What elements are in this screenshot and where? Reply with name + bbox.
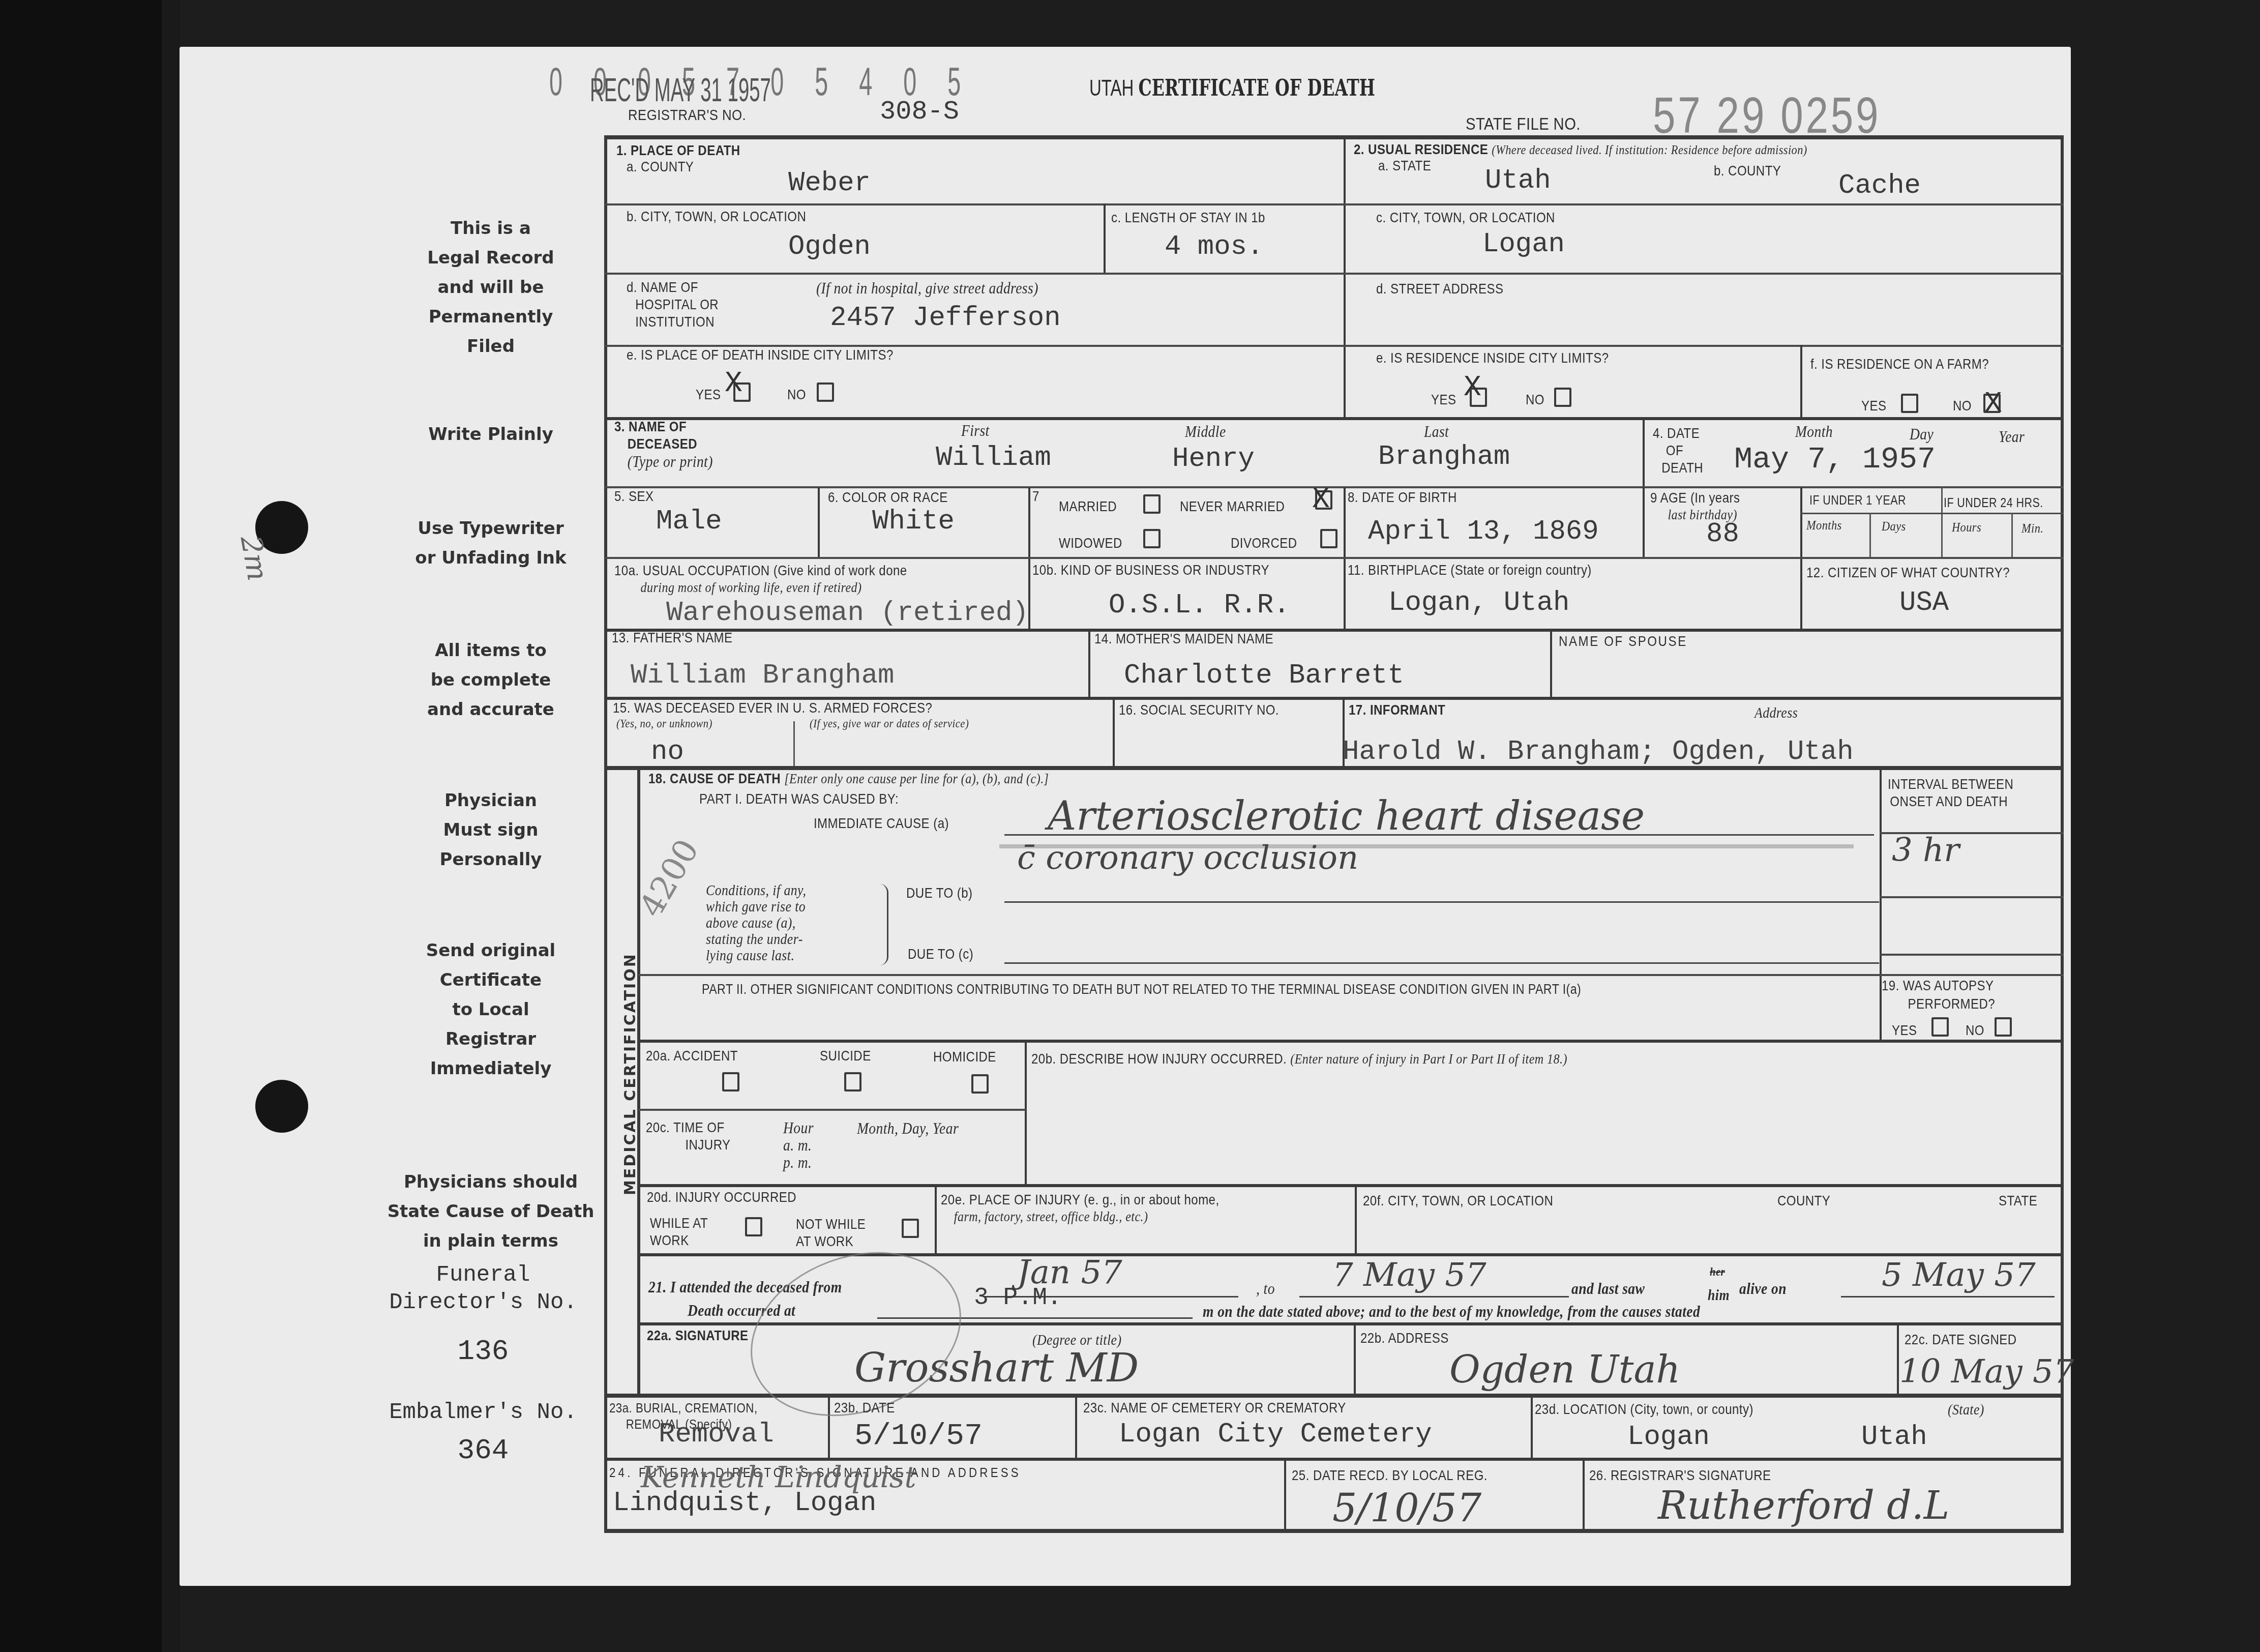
homicide-checkbox[interactable] bbox=[971, 1074, 989, 1094]
informant: Harold W. Brangham; Ogden, Utah bbox=[1343, 736, 1854, 768]
divider bbox=[1104, 203, 1106, 274]
burial-date: 5/10/57 bbox=[854, 1419, 983, 1454]
mother-name-label: 14. MOTHER'S MAIDEN NAME bbox=[1094, 631, 1273, 647]
divider bbox=[1869, 513, 1871, 558]
burial-location-label: 23d. LOCATION (City, town, or county) bbox=[1535, 1401, 1753, 1418]
residence-inside-city-no-checkbox[interactable] bbox=[1554, 388, 1571, 407]
due-to-c-line bbox=[1004, 962, 1879, 964]
no-label: NO bbox=[1526, 392, 1544, 408]
last-saw-label: and last saw bbox=[1571, 1279, 1645, 1298]
no-label: NO bbox=[1966, 1022, 1984, 1039]
homicide-label: HOMICIDE bbox=[933, 1049, 996, 1065]
while-at-work-label: WHILE ATWORK bbox=[650, 1215, 708, 1249]
divider bbox=[1897, 1323, 1899, 1395]
divider bbox=[1800, 345, 1802, 419]
cemetery-label: 23c. NAME OF CEMETERY OR CREMATORY bbox=[1083, 1400, 1346, 1416]
year-label: Year bbox=[1999, 427, 2025, 446]
date-of-birth-label: 8. DATE OF BIRTH bbox=[1348, 489, 1457, 506]
divider bbox=[605, 203, 2064, 205]
divider bbox=[638, 1040, 2064, 1043]
yes-label: YES bbox=[1861, 398, 1886, 414]
sidebar-note-physician-sign: PhysicianMust signPersonally bbox=[384, 786, 598, 874]
divider bbox=[605, 557, 2064, 559]
divider bbox=[1088, 630, 1090, 698]
disposition: Removal bbox=[659, 1419, 774, 1450]
deceased-middle-name: Henry bbox=[1172, 444, 1255, 475]
medical-certification-label: MEDICAL CERTIFICATION bbox=[621, 953, 639, 1195]
widowed-label: WIDOWED bbox=[1059, 535, 1122, 551]
place-of-death-city: Ogden bbox=[788, 231, 871, 262]
registrar-no: 308-S bbox=[880, 97, 959, 127]
divider bbox=[605, 273, 2064, 275]
hospital-hint: (If not in hospital, give street address… bbox=[816, 279, 1038, 298]
county-label: a. COUNTY bbox=[627, 159, 694, 175]
industry: O.S.L. R.R. bbox=[1109, 590, 1290, 621]
divider bbox=[1800, 513, 2064, 514]
last-saw-line bbox=[1841, 1296, 2055, 1297]
due-to-b-label: DUE TO (b) bbox=[906, 885, 973, 901]
under-24-hrs-label: IF UNDER 24 HRS. bbox=[1944, 496, 2043, 511]
autopsy-label: 19. WAS AUTOPSYPERFORMED? bbox=[1882, 977, 1995, 1013]
date-of-birth: April 13, 1869 bbox=[1368, 516, 1599, 547]
month-day-year-label: Month, Day, Year bbox=[857, 1119, 959, 1138]
birthplace: Logan, Utah bbox=[1388, 587, 1569, 618]
sex-label: 5. SEX bbox=[614, 488, 654, 505]
death-time: 3 P.M. bbox=[974, 1284, 1062, 1312]
married-checkbox[interactable] bbox=[1143, 494, 1161, 514]
birthplace-label: 11. BIRTHPLACE (State or foreign country… bbox=[1348, 562, 1592, 578]
residence-city: Logan bbox=[1482, 229, 1565, 260]
not-while-at-work-label: NOT WHILEAT WORK bbox=[796, 1216, 866, 1250]
yes-label: YES bbox=[1892, 1022, 1917, 1039]
divider bbox=[1113, 698, 1115, 767]
place-of-injury-label: 20e. PLACE OF INJURY (e. g., in or about… bbox=[941, 1191, 1220, 1226]
funeral-director: Lindquist, Logan bbox=[613, 1488, 876, 1519]
divider bbox=[793, 721, 795, 767]
embalmer-no: 364 bbox=[376, 1437, 590, 1464]
yes-label: YES bbox=[1431, 392, 1456, 408]
month-label: Month bbox=[1795, 422, 1833, 441]
armed-forces-hint-1: (Yes, no, or unknown) bbox=[616, 717, 712, 731]
widowed-checkbox[interactable] bbox=[1143, 529, 1161, 548]
registrar-no-label: REGISTRAR'S NO. bbox=[628, 107, 746, 124]
bracket bbox=[880, 884, 888, 965]
day-label: Day bbox=[1910, 425, 1934, 444]
never-married-label: NEVER MARRIED bbox=[1180, 498, 1285, 515]
place-of-death-county: Weber bbox=[788, 168, 871, 199]
deceased-race: White bbox=[872, 506, 955, 537]
occupation-label: 10a. USUAL OCCUPATION (Give kind of work… bbox=[614, 562, 907, 597]
divider bbox=[605, 486, 2064, 488]
due-to-c-label: DUE TO (c) bbox=[908, 946, 973, 962]
age: 88 bbox=[1706, 519, 1739, 550]
date-signed: 10 May 57 bbox=[1899, 1353, 2074, 1391]
interval: 3 hr bbox=[1892, 832, 1959, 869]
due-to-b-line bbox=[1004, 901, 1879, 903]
residence-city-label: c. CITY, TOWN, OR LOCATION bbox=[1376, 210, 1555, 226]
him-label: him bbox=[1708, 1287, 1730, 1304]
no-label: NO bbox=[787, 387, 806, 403]
death-occurred-suffix: m on the date stated above; and to the b… bbox=[1203, 1302, 1700, 1321]
scan-background-left bbox=[0, 0, 168, 1652]
divider bbox=[1344, 136, 1346, 419]
place-of-death-label: 1. PLACE OF DEATH bbox=[616, 142, 740, 159]
immediate-cause-label: IMMEDIATE CAUSE (a) bbox=[814, 815, 949, 832]
state-file-no-label: STATE FILE NO. bbox=[1466, 114, 1581, 134]
sidebar-note-complete: All items tobe completeand accurate bbox=[384, 636, 598, 724]
check-mark-icon: X bbox=[1312, 483, 1330, 516]
deceased-name-label: 3. NAME OFDECEASED(Type or print) bbox=[614, 418, 713, 470]
occupation: Warehouseman (retired) bbox=[666, 598, 1029, 629]
divider bbox=[1583, 1459, 1585, 1531]
sidebar-note-legal-record: This is aLegal Recordand will bePermanen… bbox=[384, 214, 598, 361]
check-mark-icon: X bbox=[1464, 371, 1481, 404]
describe-injury-label: 20b. DESCRIBE HOW INJURY OCCURRED. (Ente… bbox=[1031, 1051, 1567, 1068]
suicide-checkbox[interactable] bbox=[844, 1072, 861, 1091]
residence-state: Utah bbox=[1485, 165, 1551, 196]
usual-residence-label: 2. USUAL RESIDENCE (Where deceased lived… bbox=[1354, 141, 1807, 158]
industry-label: 10b. KIND OF BUSINESS OR INDUSTRY bbox=[1032, 562, 1269, 578]
father-name-label: 13. FATHER'S NAME bbox=[612, 630, 733, 646]
alive-on-label: alive on bbox=[1739, 1279, 1787, 1298]
divider bbox=[1355, 1185, 1357, 1254]
check-mark-icon: X bbox=[1984, 388, 2002, 421]
funeral-director-no: 136 bbox=[376, 1338, 590, 1365]
funeral-director-no-label: FuneralDirector's No. bbox=[376, 1261, 590, 1316]
burial-location-city: Logan bbox=[1627, 1422, 1710, 1453]
divider bbox=[1941, 487, 1943, 558]
race-label: 6. COLOR OR RACE bbox=[828, 489, 948, 506]
deceased-sex: Male bbox=[656, 506, 722, 537]
cemetery: Logan City Cemetery bbox=[1119, 1419, 1432, 1450]
days-label: Days bbox=[1882, 519, 1906, 534]
marital-number: 7 bbox=[1032, 488, 1039, 505]
attended-to-line bbox=[1299, 1296, 1569, 1297]
injury-state-label: STATE bbox=[1999, 1193, 2037, 1209]
not-while-at-work-checkbox[interactable] bbox=[902, 1219, 919, 1238]
registrar-signature: Rutherford d.L bbox=[1658, 1483, 1949, 1528]
sidebar-note-typewriter: Use Typewriteror Unfading Ink bbox=[384, 514, 598, 573]
scan-background-stripe bbox=[162, 0, 180, 1652]
last-saw-date: 5 May 57 bbox=[1882, 1256, 2036, 1294]
physician-address: Ogden Utah bbox=[1449, 1348, 1680, 1392]
part-1-label: PART I. DEATH WAS CAUSED BY: bbox=[699, 791, 899, 807]
min-label: Min. bbox=[2021, 521, 2043, 536]
physician-address-label: 22b. ADDRESS bbox=[1360, 1330, 1449, 1346]
her-label: her bbox=[1710, 1265, 1725, 1279]
divider bbox=[1550, 630, 1552, 698]
injury-city-label: 20f. CITY, TOWN, OR LOCATION bbox=[1363, 1193, 1553, 1209]
divider bbox=[1643, 487, 1645, 558]
yes-label: YES bbox=[696, 387, 721, 403]
suicide-label: SUICIDE bbox=[820, 1048, 871, 1064]
burial-date-label: 23b. DATE bbox=[834, 1400, 895, 1416]
divider bbox=[638, 1184, 2064, 1187]
date-of-death: May 7, 1957 bbox=[1734, 442, 1936, 477]
document-title: UTAH CERTIFICATE OF DEATH bbox=[1089, 75, 1375, 101]
sidebar-note-write-plainly: Write Plainly bbox=[384, 420, 598, 449]
divider bbox=[1643, 418, 1645, 488]
father-name: William Brangham bbox=[631, 660, 894, 691]
autopsy-yes-checkbox[interactable] bbox=[1931, 1017, 1949, 1037]
divider bbox=[1880, 896, 2064, 898]
death-inside-city-no-checkbox[interactable] bbox=[817, 382, 834, 402]
interval-label: INTERVAL BETWEENONSET AND DEATH bbox=[1888, 776, 2013, 810]
divider bbox=[638, 974, 2064, 976]
armed-forces-label: 15. WAS DECEASED EVER IN U. S. ARMED FOR… bbox=[613, 700, 932, 716]
spouse-label: NAME OF SPOUSE bbox=[1559, 633, 1687, 650]
cause-of-death-label: 18. CAUSE OF DEATH [Enter only one cause… bbox=[648, 771, 1049, 787]
residence-state-label: a. STATE bbox=[1378, 158, 1431, 174]
divider bbox=[1025, 1041, 1027, 1185]
form-border-top bbox=[605, 135, 2064, 139]
divider bbox=[1531, 1396, 1533, 1459]
punch-hole-icon bbox=[255, 1080, 308, 1133]
divider bbox=[1354, 1323, 1356, 1395]
divider bbox=[1880, 954, 2064, 956]
date-recd-label: 25. DATE RECD. BY LOCAL REG. bbox=[1292, 1467, 1488, 1484]
attended-to: 7 May 57 bbox=[1332, 1256, 1486, 1294]
divider bbox=[818, 487, 820, 558]
signature-label: 22a. SIGNATURE bbox=[647, 1327, 749, 1344]
deceased-last-name: Brangham bbox=[1378, 441, 1510, 473]
injury-occurred-label: 20d. INJURY OCCURRED bbox=[647, 1189, 796, 1205]
citizen-label: 12. CITIZEN OF WHAT COUNTRY? bbox=[1806, 565, 2010, 581]
residence-inside-city-label: e. IS RESIDENCE INSIDE CITY LIMITS? bbox=[1376, 350, 1609, 366]
injury-county-label: COUNTY bbox=[1777, 1193, 1830, 1209]
divider bbox=[2011, 513, 2013, 558]
middle-name-label: Middle bbox=[1185, 422, 1226, 441]
date-signed-label: 22c. DATE SIGNED bbox=[1905, 1332, 2017, 1348]
divider bbox=[605, 629, 2064, 632]
farm-yes-checkbox[interactable] bbox=[1901, 394, 1918, 413]
months-label: Months bbox=[1806, 518, 1842, 533]
autopsy-no-checkbox[interactable] bbox=[1995, 1017, 2012, 1037]
while-at-work-checkbox[interactable] bbox=[745, 1217, 762, 1236]
received-stamp: REC'D MAY 31 1957 bbox=[590, 71, 771, 109]
citizen: USA bbox=[1899, 587, 1949, 618]
farm-label: f. IS RESIDENCE ON A FARM? bbox=[1810, 356, 1989, 372]
burial-location-state: Utah bbox=[1861, 1422, 1927, 1453]
mother-name: Charlotte Barrett bbox=[1124, 660, 1404, 691]
hours-label: Hours bbox=[1952, 520, 1981, 535]
divider bbox=[1284, 1459, 1286, 1531]
sidebar-note-cause-plain: Physicians shouldState Cause of Deathin … bbox=[374, 1167, 608, 1256]
date-recd: 5/10/57 bbox=[1332, 1485, 1481, 1530]
deceased-first-name: William bbox=[936, 442, 1051, 474]
last-name-label: Last bbox=[1424, 422, 1449, 441]
accident-checkbox[interactable] bbox=[722, 1072, 739, 1091]
under-1-year-label: IF UNDER 1 YEAR bbox=[1809, 493, 1906, 508]
conditions-label: Conditions, if any,which gave rise toabo… bbox=[706, 882, 806, 964]
divider bbox=[935, 1185, 937, 1254]
immediate-cause-secondary: c̄ coronary occlusion bbox=[1017, 839, 1358, 877]
time-of-injury-label: 20c. TIME OFINJURY bbox=[646, 1119, 731, 1154]
accident-label: 20a. ACCIDENT bbox=[646, 1048, 738, 1064]
divorced-label: DIVORCED bbox=[1231, 535, 1297, 551]
date-of-death-label: 4. DATEOFDEATH bbox=[1653, 425, 1703, 477]
armed-forces: no bbox=[651, 736, 684, 768]
residence-county-label: b. COUNTY bbox=[1714, 163, 1781, 179]
street-address-label: d. STREET ADDRESS bbox=[1376, 281, 1503, 297]
residence-county: Cache bbox=[1838, 170, 1921, 201]
armed-forces-hint-2: (If yes, give war or dates of service) bbox=[810, 717, 969, 731]
check-mark-icon: X bbox=[725, 367, 742, 400]
sidebar-note-send-original: Send originalCertificateto LocalRegistra… bbox=[384, 936, 598, 1083]
embalmer-no-label: Embalmer's No. bbox=[376, 1399, 590, 1426]
hospital-name: 2457 Jefferson bbox=[830, 303, 1061, 334]
first-name-label: First bbox=[961, 421, 990, 440]
divider bbox=[605, 417, 2064, 420]
married-label: MARRIED bbox=[1059, 498, 1117, 515]
ssn-label: 16. SOCIAL SECURITY NO. bbox=[1119, 702, 1279, 718]
no-label: NO bbox=[1953, 398, 1972, 414]
informant-label: 17. INFORMANT bbox=[1349, 702, 1445, 718]
hospital-label: d. NAME OFHOSPITAL ORINSTITUTION bbox=[627, 279, 719, 331]
city-label: b. CITY, TOWN, OR LOCATION bbox=[627, 209, 806, 225]
burial-state-label: (State) bbox=[1948, 1401, 1984, 1419]
to-label: , to bbox=[1256, 1279, 1275, 1298]
registrar-signature-label: 26. REGISTRAR'S SIGNATURE bbox=[1589, 1467, 1771, 1484]
inside-city-limits-label: e. IS PLACE OF DEATH INSIDE CITY LIMITS? bbox=[627, 347, 894, 363]
length-of-stay: 4 mos. bbox=[1165, 231, 1263, 262]
hour-label: Houra. m.p. m. bbox=[783, 1119, 814, 1171]
address-label: Address bbox=[1755, 704, 1798, 722]
immediate-cause: Arteriosclerotic heart disease bbox=[1048, 793, 1645, 839]
title-main: CERTIFICATE OF DEATH bbox=[1139, 75, 1375, 101]
divider bbox=[638, 1109, 1026, 1111]
title-prefix: UTAH bbox=[1089, 76, 1134, 101]
length-of-stay-label: c. LENGTH OF STAY IN 1b bbox=[1111, 210, 1265, 226]
divorced-checkbox[interactable] bbox=[1320, 529, 1337, 548]
part-2-label: PART II. OTHER SIGNIFICANT CONDITIONS CO… bbox=[702, 982, 1581, 997]
divider bbox=[1075, 1396, 1077, 1459]
